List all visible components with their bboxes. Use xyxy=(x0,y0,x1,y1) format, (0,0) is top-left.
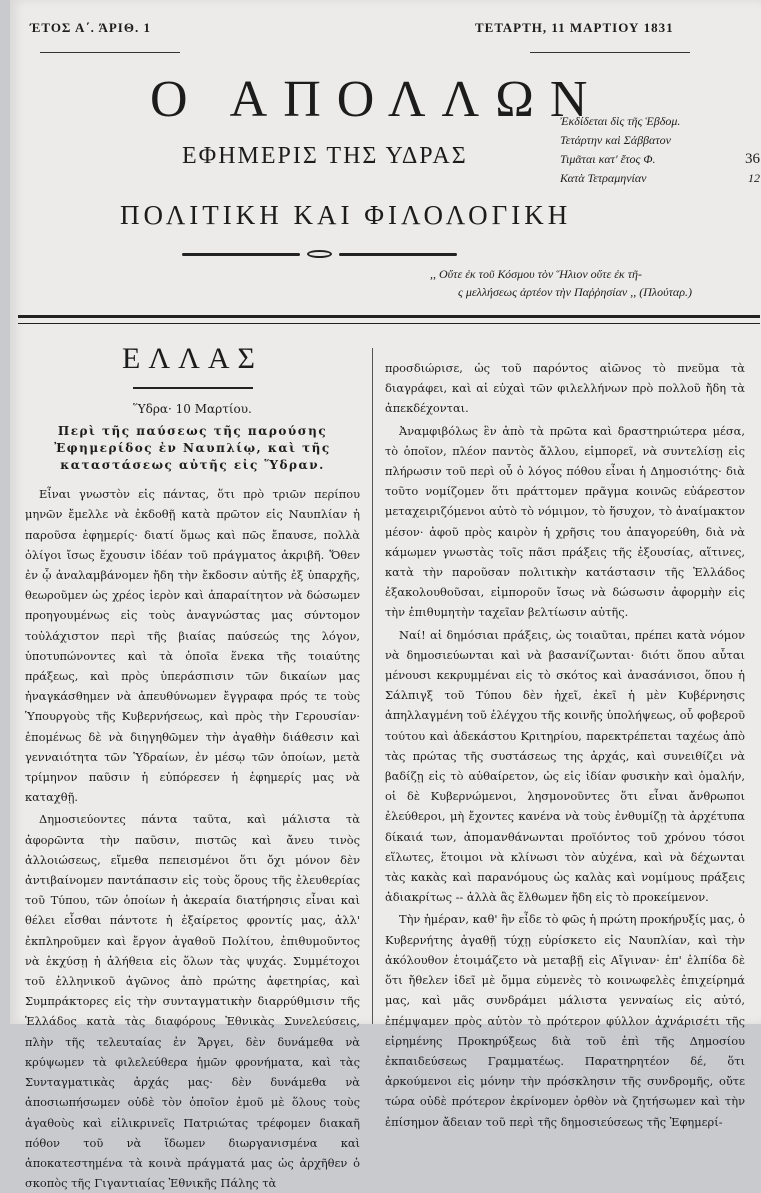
issue-underline xyxy=(40,52,180,53)
section-rule xyxy=(133,387,253,389)
article-left-column: ΕΛΛΑΣ Ὕδρα· 10 Μαρτίου. Περὶ τῆς παύσεως… xyxy=(25,335,360,1024)
paragraph: προσδιώρισε, ὡς τοῦ παρόντος αἰῶνος τὸ π… xyxy=(385,358,745,419)
column-divider xyxy=(372,348,373,1024)
paragraph: Ναί! αἱ δημόσιαι πράξεις, ὡς τοιαῦται, π… xyxy=(385,625,745,908)
ornament-divider-icon xyxy=(182,250,457,258)
pubinfo-row: Κατὰ Τετραμηνίαν12 xyxy=(560,169,760,188)
paragraph: Ἀναμφιβόλως ἓν ἀπὸ τὰ πρῶτα καὶ δραστηρι… xyxy=(385,421,745,623)
newspaper-tagline: ΠΟΛΙΤΙΚΗ ΚΑΙ ΦΙΛΟΛΟΓΙΚΗ xyxy=(120,200,571,231)
pubinfo-row: Τετάρτην καὶ Σάββατον xyxy=(560,131,760,150)
paragraph: Δημοσιεύοντες πάντα ταῦτα, καὶ μάλιστα τ… xyxy=(25,809,360,1024)
pubinfo-row: Τιμᾶται κατ' ἔτος Φ.36 xyxy=(560,150,760,169)
paragraph: Εἶναι γνωστὸν εἰς πάντας, ὅτι πρὸ τριῶν … xyxy=(25,484,360,807)
motto-quote: ,, Οὔτε ἐκ τοῦ Κόσμου τὸν Ἥλιον οὔτε ἐκ … xyxy=(430,265,760,301)
article-headline: Περὶ τῆς παύσεως τῆς παρούσης Ἐφημερίδος… xyxy=(25,423,360,474)
date-underline xyxy=(530,52,690,53)
newspaper-title: Ο ΑΠΟΛΛΩΝ xyxy=(150,70,603,129)
newspaper-page: ΈΤΟΣ Α΄. ΆΡΙΘ. 1 ΤΕΤΑΡΤΗ, 11 ΜΑΡΤΙΟΥ 183… xyxy=(10,0,761,1024)
article-right-column: προσδιώρισε, ὡς τοῦ παρόντος αἰῶνος τὸ π… xyxy=(385,358,745,1024)
section-title: ΕΛΛΑΣ xyxy=(25,339,360,379)
masthead-rule xyxy=(18,315,760,324)
issue-date: ΤΕΤΑΡΤΗ, 11 ΜΑΡΤΙΟΥ 1831 xyxy=(475,20,674,36)
pubinfo-row: Ἐκδίδεται δὶς τῆς Ἑβδομ. xyxy=(560,112,760,131)
publication-info: Ἐκδίδεται δὶς τῆς Ἑβδομ. Τετάρτην καὶ Σά… xyxy=(560,112,760,188)
paragraph: Τὴν ἡμέραν, καθ' ἣν εἶδε τὸ φῶς ἡ πρώτη … xyxy=(385,909,745,1024)
issue-number: ΈΤΟΣ Α΄. ΆΡΙΘ. 1 xyxy=(30,20,151,36)
newspaper-subtitle: ΕΦΗΜΕΡΙΣ ΤΗΣ ΥΔΡΑΣ xyxy=(182,143,468,170)
dateline: Ὕδρα· 10 Μαρτίου. xyxy=(25,399,360,419)
